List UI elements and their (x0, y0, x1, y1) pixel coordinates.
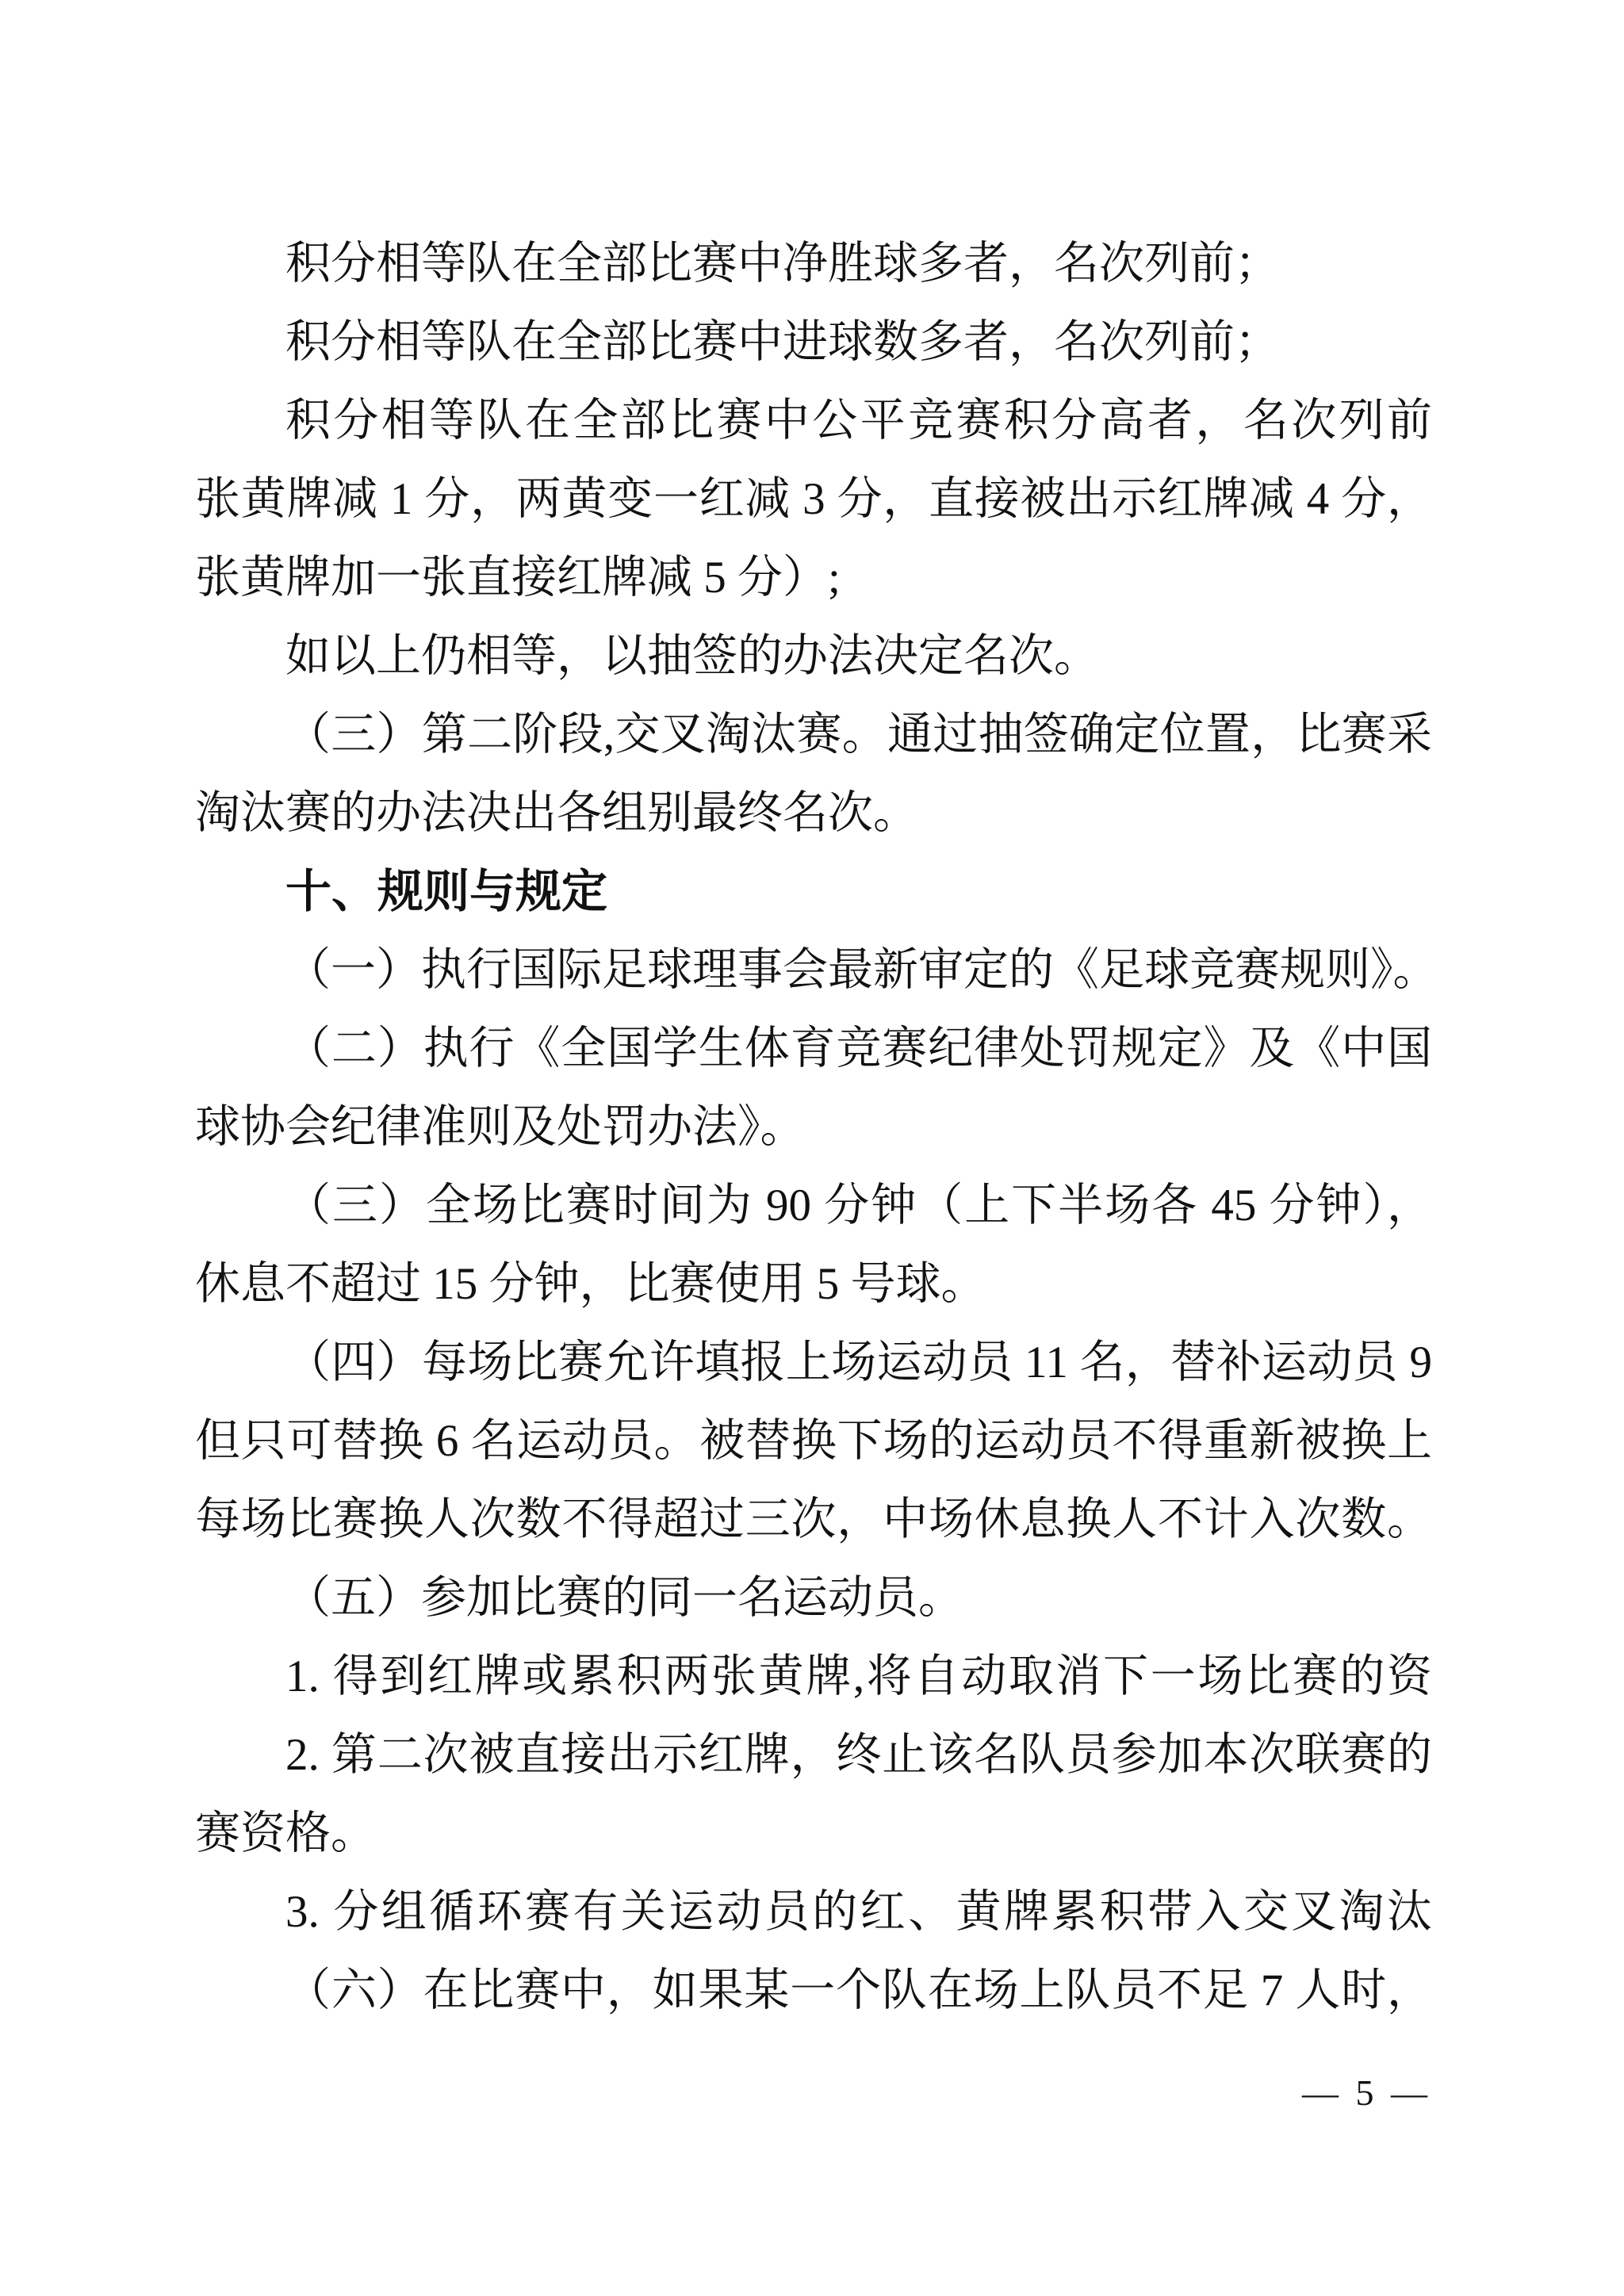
text-line: 积分相等队在全部比赛中进球数多者，名次列前； (195, 303, 1432, 381)
section-heading: 十、规则与规定 (195, 852, 1432, 931)
text-line: （二）执行《全国学生体育竞赛纪律处罚规定》及《中国足 (195, 1009, 1432, 1088)
text-line: 张黄牌加一张直接红牌减 5 分）; (195, 538, 1432, 617)
page-number: — 5 — (1302, 2061, 1431, 2125)
text-line: （六）在比赛中，如果某一个队在场上队员不足 7 人时，则 (195, 1951, 1432, 2030)
text-line: （四）每场比赛允许填报上场运动员 11 名，替补运动员 9 名， (195, 1323, 1432, 1402)
document-page: 积分相等队在全部比赛中净胜球多者，名次列前；积分相等队在全部比赛中进球数多者，名… (0, 0, 1624, 2296)
text-line: 积分相等队在全部比赛中净胜球多者，名次列前； (195, 224, 1432, 303)
text-line: 如以上仍相等，以抽签的办法决定名次。 (195, 617, 1432, 695)
text-line: 淘汰赛的办法决出各组别最终名次。 (195, 774, 1432, 852)
text-line: 1. 得到红牌或累积两张黄牌,将自动取消下一场比赛的资格。 (195, 1637, 1432, 1716)
text-line: （一）执行国际足球理事会最新审定的《足球竞赛规则》。 (195, 931, 1432, 1009)
text-line: 张黄牌减 1 分，两黄变一红减 3 分，直接被出示红牌减 4 分，一 (195, 460, 1432, 538)
text-line: 积分相等队在全部比赛中公平竞赛积分高者，名次列前（一 (195, 381, 1432, 460)
text-line: 休息不超过 15 分钟，比赛使用 5 号球。 (195, 1245, 1432, 1323)
text-line: 赛资格。 (195, 1794, 1432, 1873)
text-line: 每场比赛换人次数不得超过三次，中场休息换人不计入次数。 (195, 1480, 1432, 1559)
document-body: 积分相等队在全部比赛中净胜球多者，名次列前；积分相等队在全部比赛中进球数多者，名… (195, 224, 1432, 2030)
text-line: （三）第二阶段,交叉淘汰赛。通过抽签确定位置，比赛采用 (195, 695, 1432, 774)
text-line: 3. 分组循环赛有关运动员的红、黄牌累积带入交叉淘汰赛。 (195, 1873, 1432, 1951)
text-line: （三）全场比赛时间为 90 分钟（上下半场各 45 分钟），中场 (195, 1166, 1432, 1245)
text-line: 球协会纪律准则及处罚办法》。 (195, 1088, 1432, 1166)
text-line: （五）参加比赛的同一名运动员。 (195, 1559, 1432, 1637)
text-line: 2. 第二次被直接出示红牌，终止该名队员参加本次联赛的比 (195, 1716, 1432, 1794)
text-line: 但只可替换 6 名运动员。被替换下场的运动员不得重新被换上场。 (195, 1402, 1432, 1480)
